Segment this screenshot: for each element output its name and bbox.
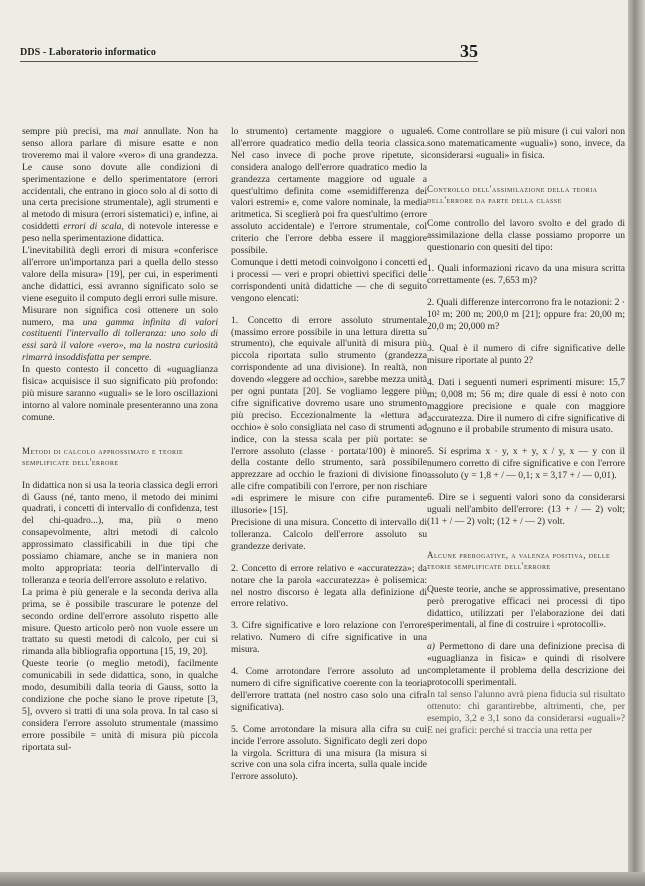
list-item-continuation: Precisione di una misura. Concetto di in…	[231, 517, 427, 553]
list-item: 4. Come arrotondare l'errore assoluto ad…	[231, 666, 427, 714]
list-item: 6. Come controllare se più misure (i cui…	[427, 126, 625, 162]
question: 2. Quali differenze intercorrono fra le …	[427, 297, 625, 333]
question: 5. Si esprima x · y, x + y, x / y, x — y…	[427, 446, 625, 482]
list-item: 1. Concetto di errore assoluto strumenta…	[231, 315, 427, 517]
question: 3. Qual è il numero di cifre significati…	[427, 343, 625, 367]
question: 4. Dati i seguenti numeri esprimenti mis…	[427, 377, 625, 437]
section-heading-prerogative: Alcune prerogative, a valenza positiva, …	[427, 550, 625, 572]
paragraph: lo strumento) certamente maggiore o ugua…	[231, 126, 427, 257]
question: 1. Quali informazioni ricavo da una misu…	[427, 263, 625, 287]
column-1: sempre più precisi, ma mai annullate. No…	[22, 126, 218, 754]
magazine-page: DDS - Laboratorio informatico 35 sempre …	[0, 0, 628, 872]
page-number: 35	[460, 41, 478, 62]
paragraph: sempre più precisi, ma mai annullate. No…	[22, 126, 218, 245]
paragraph: Misurare non significa così ottenere un …	[22, 305, 218, 365]
paragraph: Queste teorie, anche se approssimative, …	[427, 584, 625, 632]
paragraph: Comunque i detti metodi coinvolgono i co…	[231, 257, 427, 305]
list-item: 5. Come arrotondare la misura alla cifra…	[231, 724, 427, 784]
question: 6. Dire se i seguenti valori sono da con…	[427, 492, 625, 528]
section-heading-metodi: Metodi di calcolo approssimato e teorie …	[22, 446, 218, 468]
paragraph: In didattica non si usa la teoria classi…	[22, 480, 218, 587]
paragraph: In questo contesto il concetto di «uguag…	[22, 364, 218, 424]
paragraph: Come controllo del lavoro svolto e del g…	[427, 218, 625, 254]
page-binding-shadow	[628, 0, 645, 886]
list-item: 2. Concetto di errore relativo e «accura…	[231, 563, 427, 611]
paragraph: Queste teorie (o meglio metodi), facilme…	[22, 658, 218, 753]
running-header: DDS - Laboratorio informatico 35	[20, 47, 478, 62]
column-2: lo strumento) certamente maggiore o ugua…	[231, 126, 427, 783]
paragraph: La prima è più generale e la seconda der…	[22, 587, 218, 658]
paragraph: In tal senso l'alunno avrà piena fiducia…	[427, 689, 625, 737]
paragraph: L'inevitabilità degli errori di misura «…	[22, 245, 218, 305]
list-item: 3. Cifre significative e loro relazione …	[231, 620, 427, 656]
running-title: DDS - Laboratorio informatico	[20, 47, 156, 58]
page-bottom-edge	[0, 872, 645, 886]
section-heading-controllo: Controllo dell'assimilazione della teori…	[427, 184, 625, 206]
column-3: 6. Come controllare se più misure (i cui…	[427, 126, 625, 737]
paragraph: a) Permettono di dare una definizione pr…	[427, 641, 625, 689]
